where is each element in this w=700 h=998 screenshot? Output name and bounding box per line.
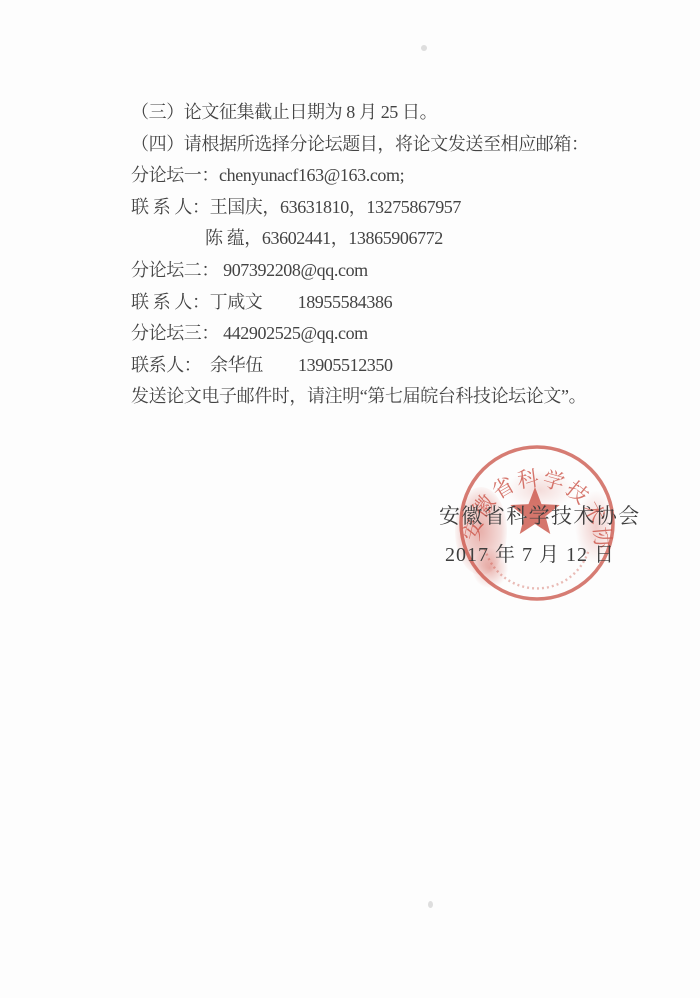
doc-line-forum1-contact: 联 系 人：王国庆，63631810，13275867957 [131, 192, 641, 224]
signature-date: 2017 年 7 月 12 日 [439, 538, 641, 567]
signature-block: 安徽省科学技术协会 2017 年 7 月 12 日 [439, 500, 641, 567]
scan-speckle [421, 45, 427, 51]
doc-line-forum3-contact: 联系人： 余华伍 13905512350 [131, 350, 641, 382]
doc-line-note: 发送论文电子邮件时，请注明“第七届皖台科技论坛论文”。 [131, 381, 641, 413]
doc-line-forum2-contact: 联 系 人：丁咸文 18955584386 [131, 287, 641, 319]
signature-organization: 安徽省科学技术协会 [439, 500, 641, 530]
body-text-block: （三）论文征集截止日期为 8 月 25 日。 （四）请根据所选择分论坛题目，将论… [131, 97, 641, 413]
doc-line-forum3-email: 分论坛三： 442902525@qq.com [131, 318, 641, 350]
doc-line-forum1-contact2: 陈 蕴，63602441，13865906772 [131, 223, 641, 255]
doc-line-instruction: （四）请根据所选择分论坛题目，将论文发送至相应邮箱： [131, 129, 641, 161]
scan-speckle [428, 901, 433, 908]
scanned-document-page: 安徽省科学技术协会 （三）论文征集截止日期为 8 月 25 日。 （四）请根据所… [0, 0, 700, 998]
doc-line-forum1-email: 分论坛一：chenyunacf163@163.com; [131, 160, 641, 192]
doc-line-forum2-email: 分论坛二： 907392208@qq.com [131, 255, 641, 287]
doc-line-deadline: （三）论文征集截止日期为 8 月 25 日。 [131, 97, 641, 129]
